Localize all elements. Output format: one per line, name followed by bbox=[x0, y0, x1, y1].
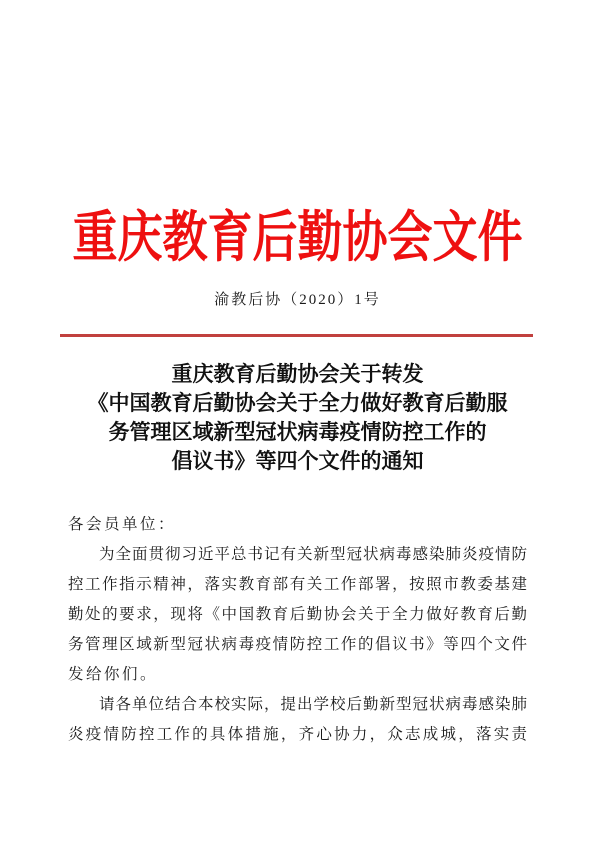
document-body: 各会员单位： 为全面贯彻习近平总书记有关新型冠状病毒感染肺炎疫情防 控工作指示精… bbox=[68, 510, 528, 750]
document-number: 渝教后协（2020）1号 bbox=[0, 288, 595, 309]
body-text-line: 请各单位结合本校实际，提出学校后勤新型冠状病毒感染肺 bbox=[68, 690, 528, 720]
body-text-line: 控工作指示精神，落实教育部有关工作部署，按照市教委基建后 bbox=[68, 570, 528, 600]
notice-title-line-2: 《中国教育后勤协会关于全力做好教育后勤服 bbox=[60, 389, 535, 418]
notice-title-line-1: 重庆教育后勤协会关于转发 bbox=[60, 360, 535, 389]
document-header-title: 重庆教育后勤协会文件 bbox=[0, 211, 595, 266]
body-text-line: 炎疫情防控工作的具体措施，齐心协力，众志成城，落实责任， bbox=[68, 720, 528, 750]
salutation: 各会员单位： bbox=[68, 510, 528, 540]
notice-title: 重庆教育后勤协会关于转发 《中国教育后勤协会关于全力做好教育后勤服 务管理区域新… bbox=[60, 360, 535, 476]
body-text-line: 勤处的要求，现将《中国教育后勤协会关于全力做好教育后勤服 bbox=[68, 600, 528, 630]
body-text-line: 为全面贯彻习近平总书记有关新型冠状病毒感染肺炎疫情防 bbox=[68, 540, 528, 570]
notice-title-line-4: 倡议书》等四个文件的通知 bbox=[60, 447, 535, 476]
body-text-line: 发给你们。 bbox=[68, 660, 528, 690]
red-divider-line bbox=[60, 334, 533, 337]
notice-title-line-3: 务管理区域新型冠状病毒疫情防控工作的 bbox=[60, 418, 535, 447]
document-page: 重庆教育后勤协会文件 渝教后协（2020）1号 重庆教育后勤协会关于转发 《中国… bbox=[0, 0, 595, 842]
body-text-line: 务管理区域新型冠状病毒疫情防控工作的倡议书》等四个文件转 bbox=[68, 630, 528, 660]
